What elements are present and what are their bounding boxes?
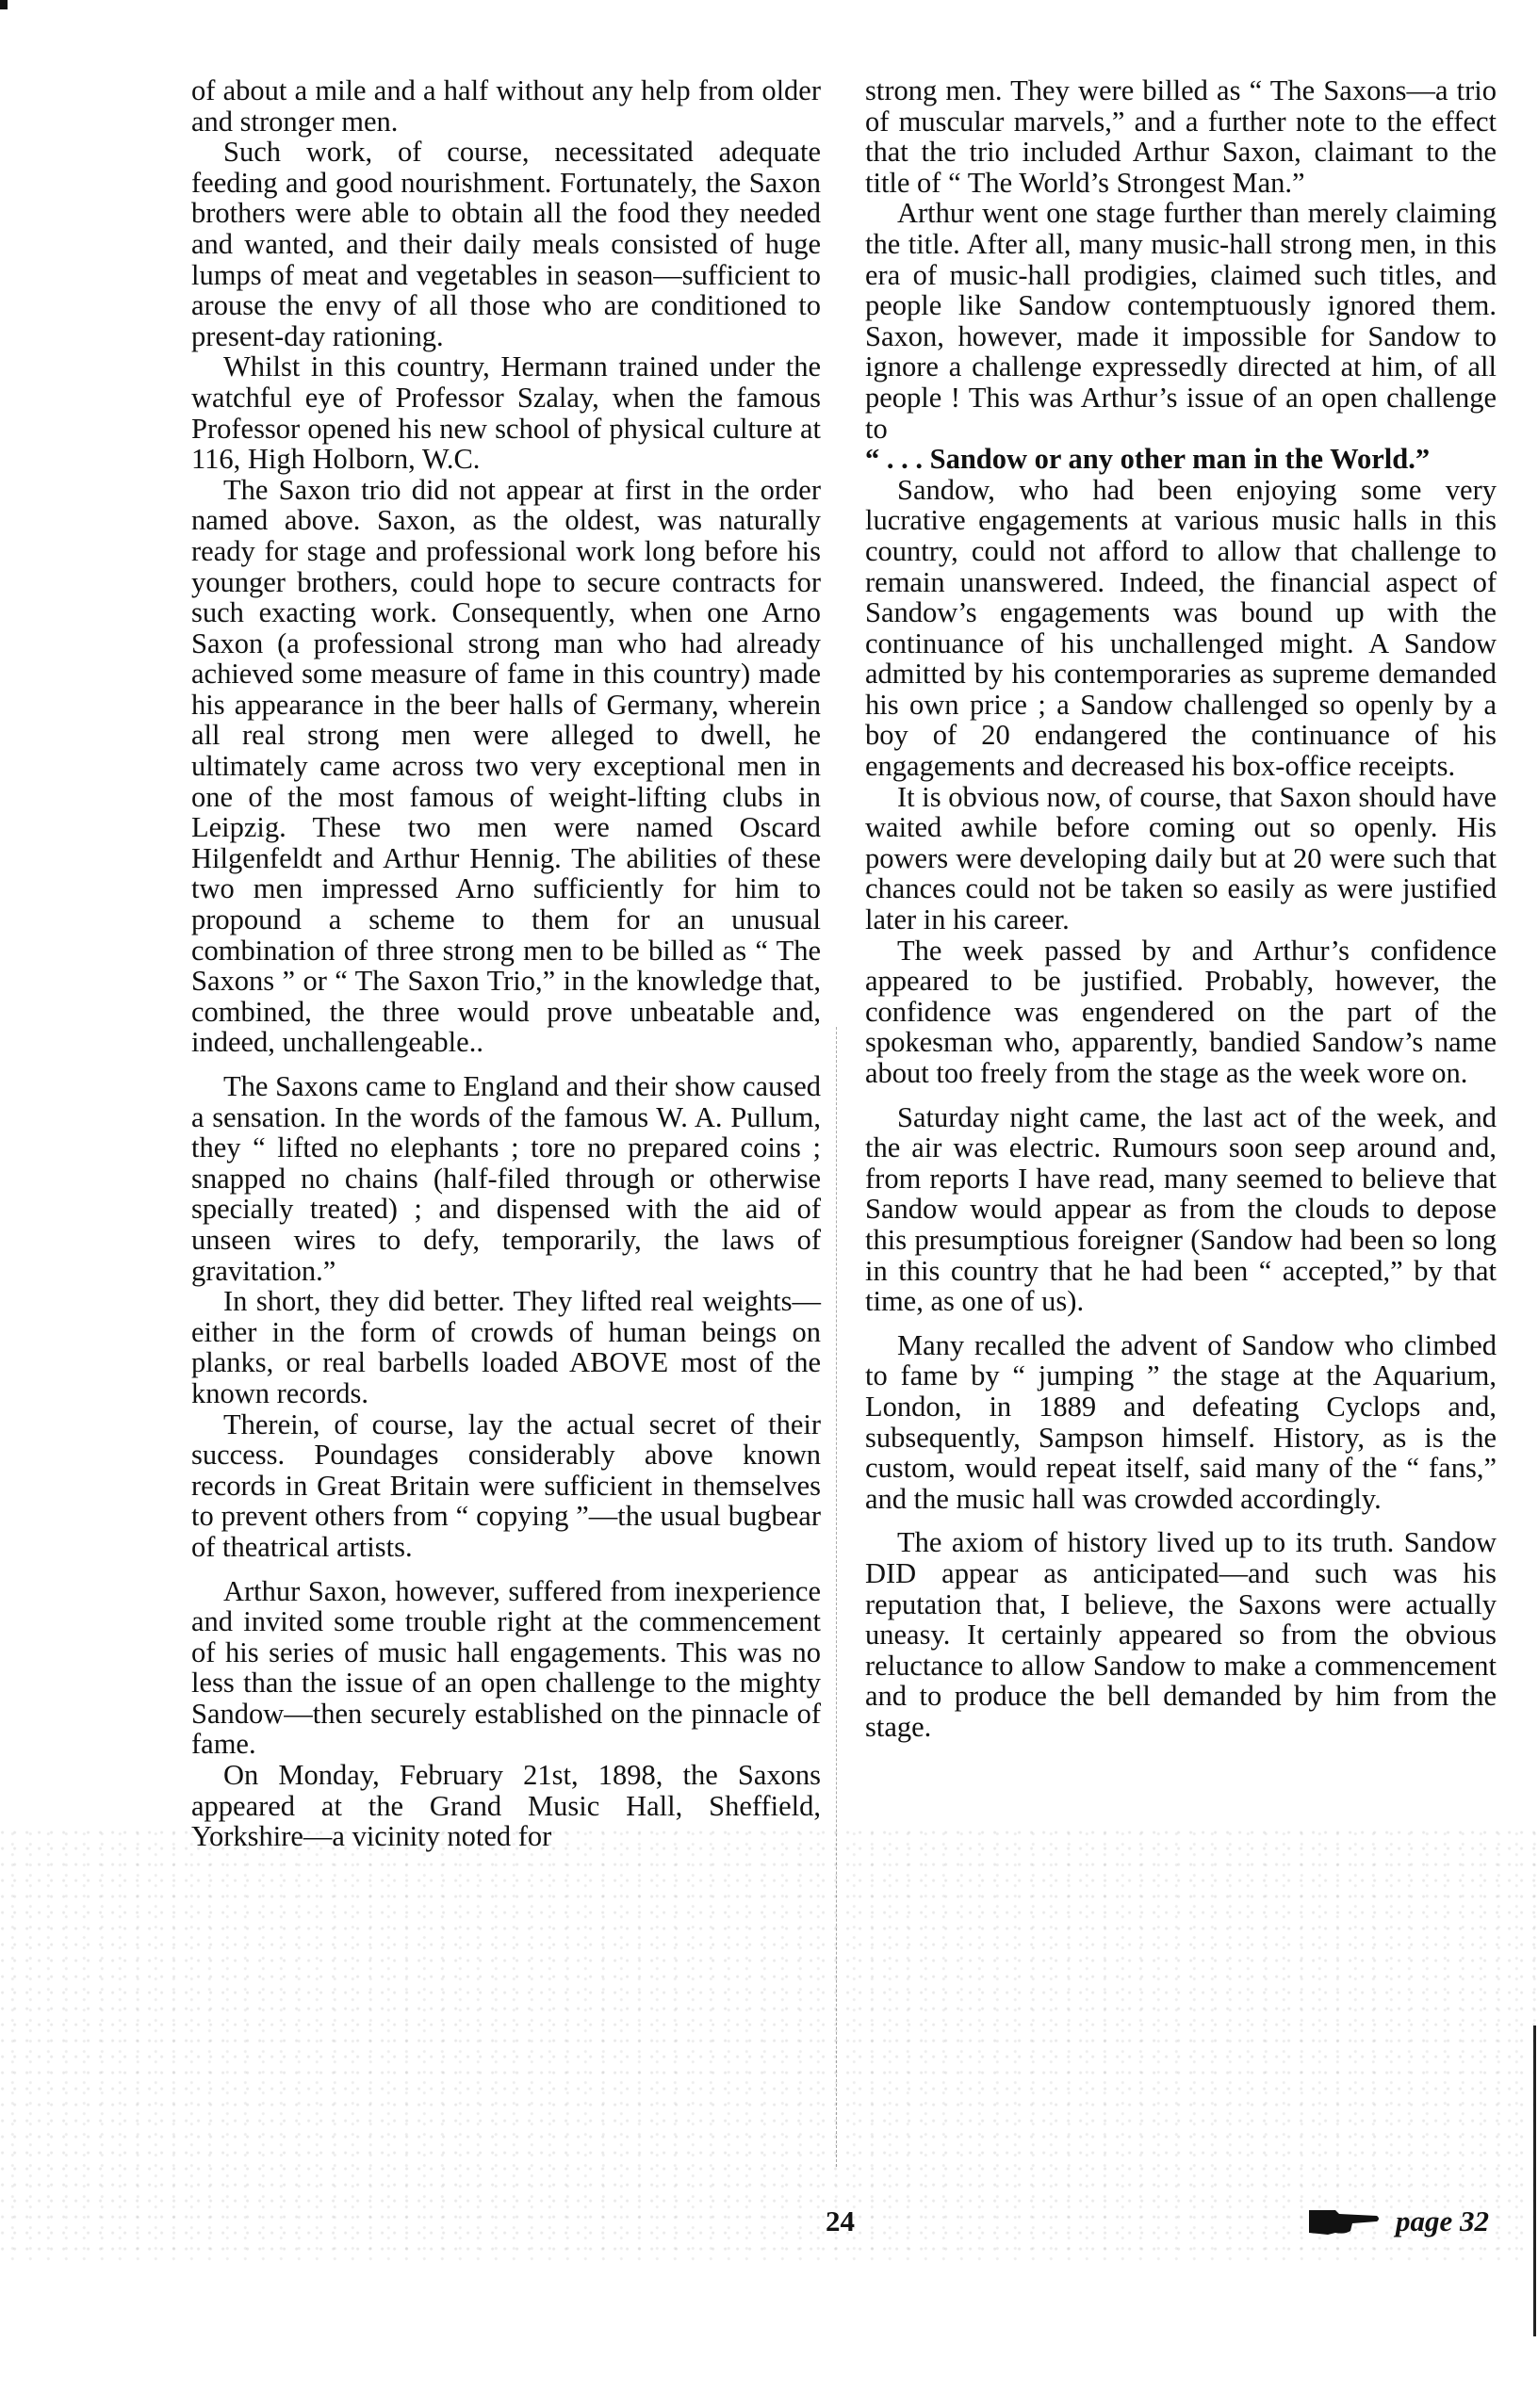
pointing-hand-icon [1307, 2206, 1381, 2237]
continued-on: page 32 [1307, 2205, 1489, 2238]
paragraph: Such work, of course, necessitated adequ… [191, 137, 821, 351]
paragraph: The Saxons came to England and their sho… [191, 1071, 821, 1286]
paragraph: The Saxon trio did not appear at first i… [191, 475, 821, 1058]
paragraph: The axiom of history lived up to its tru… [865, 1527, 1497, 1742]
paragraph: Arthur went one stage further than merel… [865, 198, 1497, 444]
scan-corner-mark [0, 0, 8, 9]
paragraph: Whilst in this country, Hermann trained … [191, 351, 821, 474]
paragraph: strong men. They were billed as “ The Sa… [865, 75, 1497, 198]
page-footer: 24 page 32 [0, 2205, 1538, 2261]
continued-page-label: page 32 [1396, 2205, 1489, 2238]
paragraph: In short, they did better. They lifted r… [191, 1286, 821, 1408]
page-number: 24 [826, 2205, 855, 2238]
right-column: strong men. They were billed as “ The Sa… [865, 75, 1497, 1742]
left-column: of about a mile and a half without any h… [191, 75, 821, 1852]
paragraph: The week passed by and Arthur’s confiden… [865, 936, 1497, 1089]
page-edge [1533, 2026, 1536, 2336]
challenge-quote: “ . . . Sandow or any other man in the W… [865, 444, 1497, 475]
article-page: of about a mile and a half without any h… [191, 75, 1497, 2355]
paragraph: Therein, of course, lay the actual secre… [191, 1409, 821, 1563]
paragraph: It is obvious now, of course, that Saxon… [865, 782, 1497, 936]
column-divider [836, 1027, 837, 2167]
paragraph: Arthur Saxon, however, suffered from ine… [191, 1576, 821, 1761]
paragraph: Sandow, who had been enjoying some very … [865, 475, 1497, 782]
paragraph: On Monday, February 21st, 1898, the Saxo… [191, 1760, 821, 1852]
paragraph: Saturday night came, the last act of the… [865, 1102, 1497, 1317]
paragraph: of about a mile and a half without any h… [191, 75, 821, 137]
paragraph: Many recalled the advent of Sandow who c… [865, 1330, 1497, 1515]
